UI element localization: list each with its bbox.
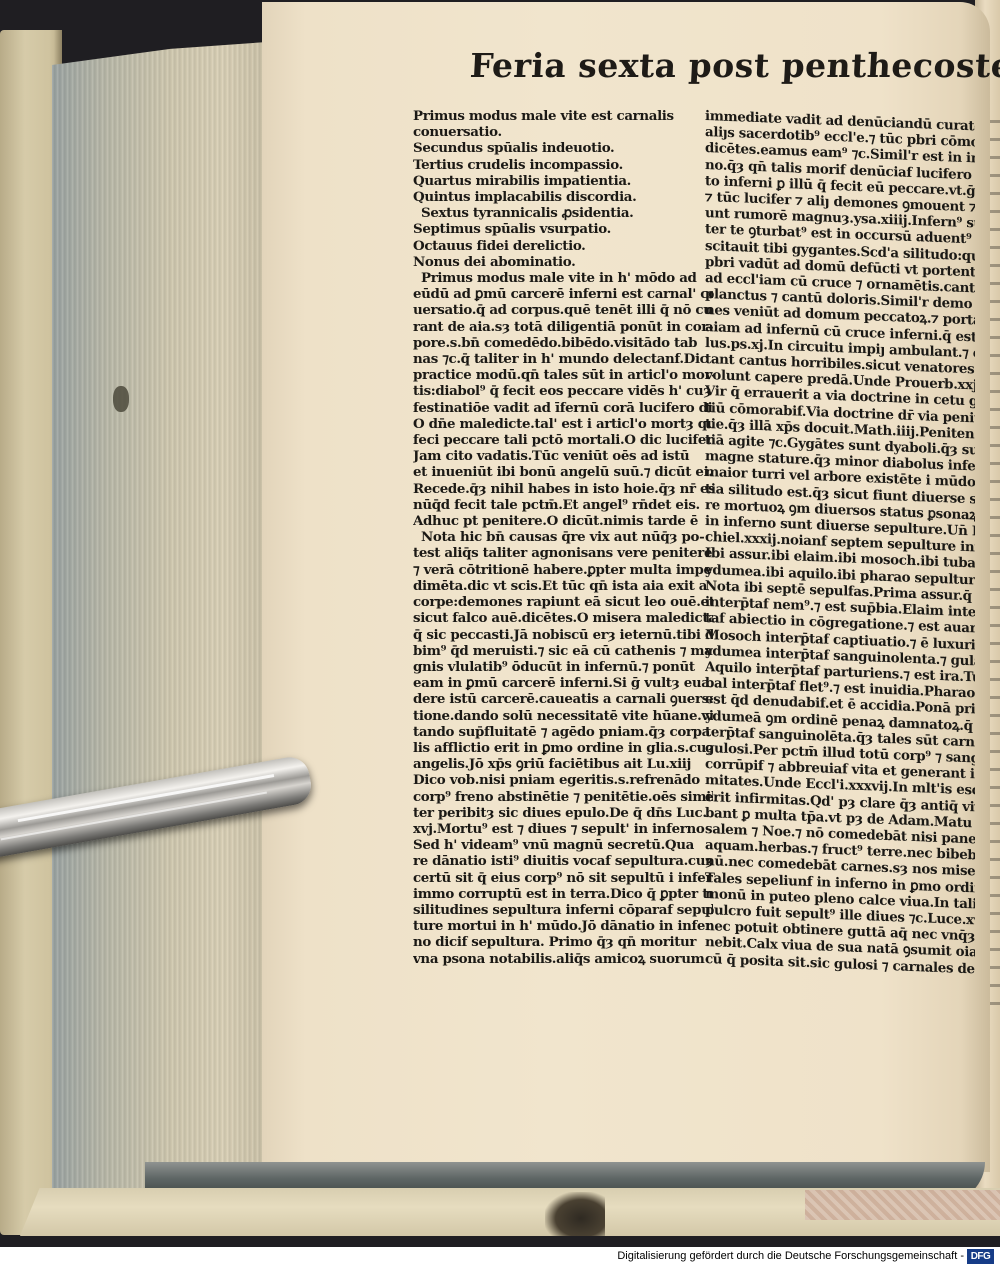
text-line: lis afflictio erit in ꝑmo ordine in glia…: [413, 740, 713, 756]
funding-credit: Digitalisierung gefördert durch die Deut…: [617, 1250, 964, 1262]
cover-stain: [545, 1192, 605, 1236]
text-line: feci peccare tali pctō mortali.O dic luc…: [413, 432, 713, 448]
text-line: rant de aia.sȝ totā diligentiā ponūt in …: [413, 319, 713, 335]
text-line: corp⁹ freno abstinētie ⁊ penitētie.oēs s…: [413, 789, 713, 805]
text-line: Septimus spūalis vsurpatio.: [413, 221, 713, 237]
text-line: angelis.Jō xp̄s ꝯriū faciētibus ait Lu.x…: [413, 756, 713, 772]
text-line: test aliq̄s taliter agnonisans vere peni…: [413, 545, 713, 561]
text-line: pore.s.bn̄ comedēdo.bibēdo.visitādo tab: [413, 335, 713, 351]
text-line: Jam cito vadatis.Tūc veniūt oēs ad istū: [413, 448, 713, 464]
text-line: Dico vob.nisi pniam egeritis.s.refrenādo: [413, 772, 713, 788]
dfg-logo-icon[interactable]: DFG: [967, 1249, 994, 1264]
text-column-right: immediate vadit ad denūciandū curato eta…: [705, 108, 975, 977]
text-line: immo corruptū est in terra.Dico q̄ ꝑpter…: [413, 886, 713, 902]
text-line: practice modū.qn̄ tales sūt in articl'o …: [413, 367, 713, 383]
text-line: conuersatio.: [413, 124, 713, 140]
text-line: et inueniūt ibi bonū angelū suū.⁊ dicūt …: [413, 464, 713, 480]
text-line: ture mortui in h' mūdo.Jō dānatio in inf…: [413, 918, 713, 934]
text-line: certū sit q̄ eius corp⁹ nō sit sepultū i…: [413, 870, 713, 886]
text-line: tando sup̄fluitatē ⁊ agēdo pniam.q̄ȝ cor…: [413, 724, 713, 740]
text-line: nas ⁊c.q̄ taliter in h' mundo delectanf.…: [413, 351, 713, 367]
text-line: Octauus fidei derelictio.: [413, 238, 713, 254]
text-line: no dicif sepultura. Primo q̄ȝ qn̄ moritu…: [413, 934, 713, 950]
text-line: re dānatio isti⁹ diuitis vocaf sepultura…: [413, 853, 713, 869]
text-line: silitudines sepultura inferni cōparaf se…: [413, 902, 713, 918]
text-line: Tertius crudelis incompassio.: [413, 157, 713, 173]
cover-binding-strip: [805, 1190, 1000, 1220]
book-scan: Feria sexta post penthecostes Primus mod…: [0, 0, 1000, 1247]
text-line: vna psona notabilis.aliq̄s amicoꝝ suorum: [413, 951, 713, 967]
text-line: Sextus tyrannicalis ꝓsidentia.: [413, 205, 713, 221]
text-line: bim⁹ q̄d meruisti.⁊ sic eā cū cathenis ⁊…: [413, 643, 713, 659]
footer-bar: Digitalisierung gefördert durch die Deut…: [0, 1247, 1000, 1267]
text-line: dimēta.dic vt scis.Et tūc qn̄ ista aia e…: [413, 578, 713, 594]
text-line: Quartus mirabilis impatientia.: [413, 173, 713, 189]
text-line: tione.dando solū necessitatē vite hūane.…: [413, 708, 713, 724]
text-line: Primus modus male vite in h' mōdo ad: [413, 270, 713, 286]
text-line: Primus modus male vite est carnalis: [413, 108, 713, 124]
text-line: Sed h' videam⁹ vnū magnū secretū.Qua: [413, 837, 713, 853]
text-line: corpe:demones rapiunt eā sicut leo ouē.e…: [413, 594, 713, 610]
text-line: uersatio.q̄ ad corpus.quē tenēt illi q̄ …: [413, 302, 713, 318]
page-edge-stain: [113, 386, 129, 412]
text-line: sicut falco auē.dicētes.O misera maledic…: [413, 610, 713, 626]
text-line: gnis vlulatib⁹ ōducūt in infernū.⁊ ponūt: [413, 659, 713, 675]
text-line: O dn̄e maledicte.tal' est i articl'o mor…: [413, 416, 713, 432]
text-line: Adhuc pt penitere.O dicūt.nimis tarde ē: [413, 513, 713, 529]
text-line: ter peribitȝ sic diues epulo.De q̄ dn̄s …: [413, 805, 713, 821]
text-line: Nonus dei abominatio.: [413, 254, 713, 270]
text-line: Secundus spūalis indeuotio.: [413, 140, 713, 156]
text-line: eūdū ad ꝑmū carcerē inferni est carnal' …: [413, 286, 713, 302]
text-line: eam in ꝑmū carcerē inferni.Si ḡ vultȝ eu…: [413, 675, 713, 691]
text-line: dere istū carcerē.caueatis a carnali ꝯue…: [413, 691, 713, 707]
text-line: nūq̄d fecit tale pctm̄.Et angel⁹ rn̄det …: [413, 497, 713, 513]
text-line: q̄ sic peccasti.Jā nobiscū erȝ ieternū.t…: [413, 627, 713, 643]
text-line: Recede.q̄ȝ nihil habes in isto hoie.q̄ȝ …: [413, 481, 713, 497]
facing-page-text: [990, 120, 1000, 1020]
text-line: Nota hic bn̄ causas q̄re vix aut nūq̄ȝ p…: [413, 529, 713, 545]
text-line: tis:diabol⁹ q̄ fecit eos peccare vidēs h…: [413, 383, 713, 399]
text-line: ⁊ verā cōtritionē habere.ꝑpter multa imp…: [413, 562, 713, 578]
page-heading: Feria sexta post penthecostes: [469, 46, 891, 85]
page-fore-edge: [52, 42, 267, 1192]
text-column-left: Primus modus male vite est carnalisconue…: [413, 108, 713, 967]
text-line: Quintus implacabilis discordia.: [413, 189, 713, 205]
text-line: festinatiōe vadit ad īfernū corā lucifer…: [413, 400, 713, 416]
text-line: xvj.Mortu⁹ est ⁊ diues ⁊ sepult' in infe…: [413, 821, 713, 837]
